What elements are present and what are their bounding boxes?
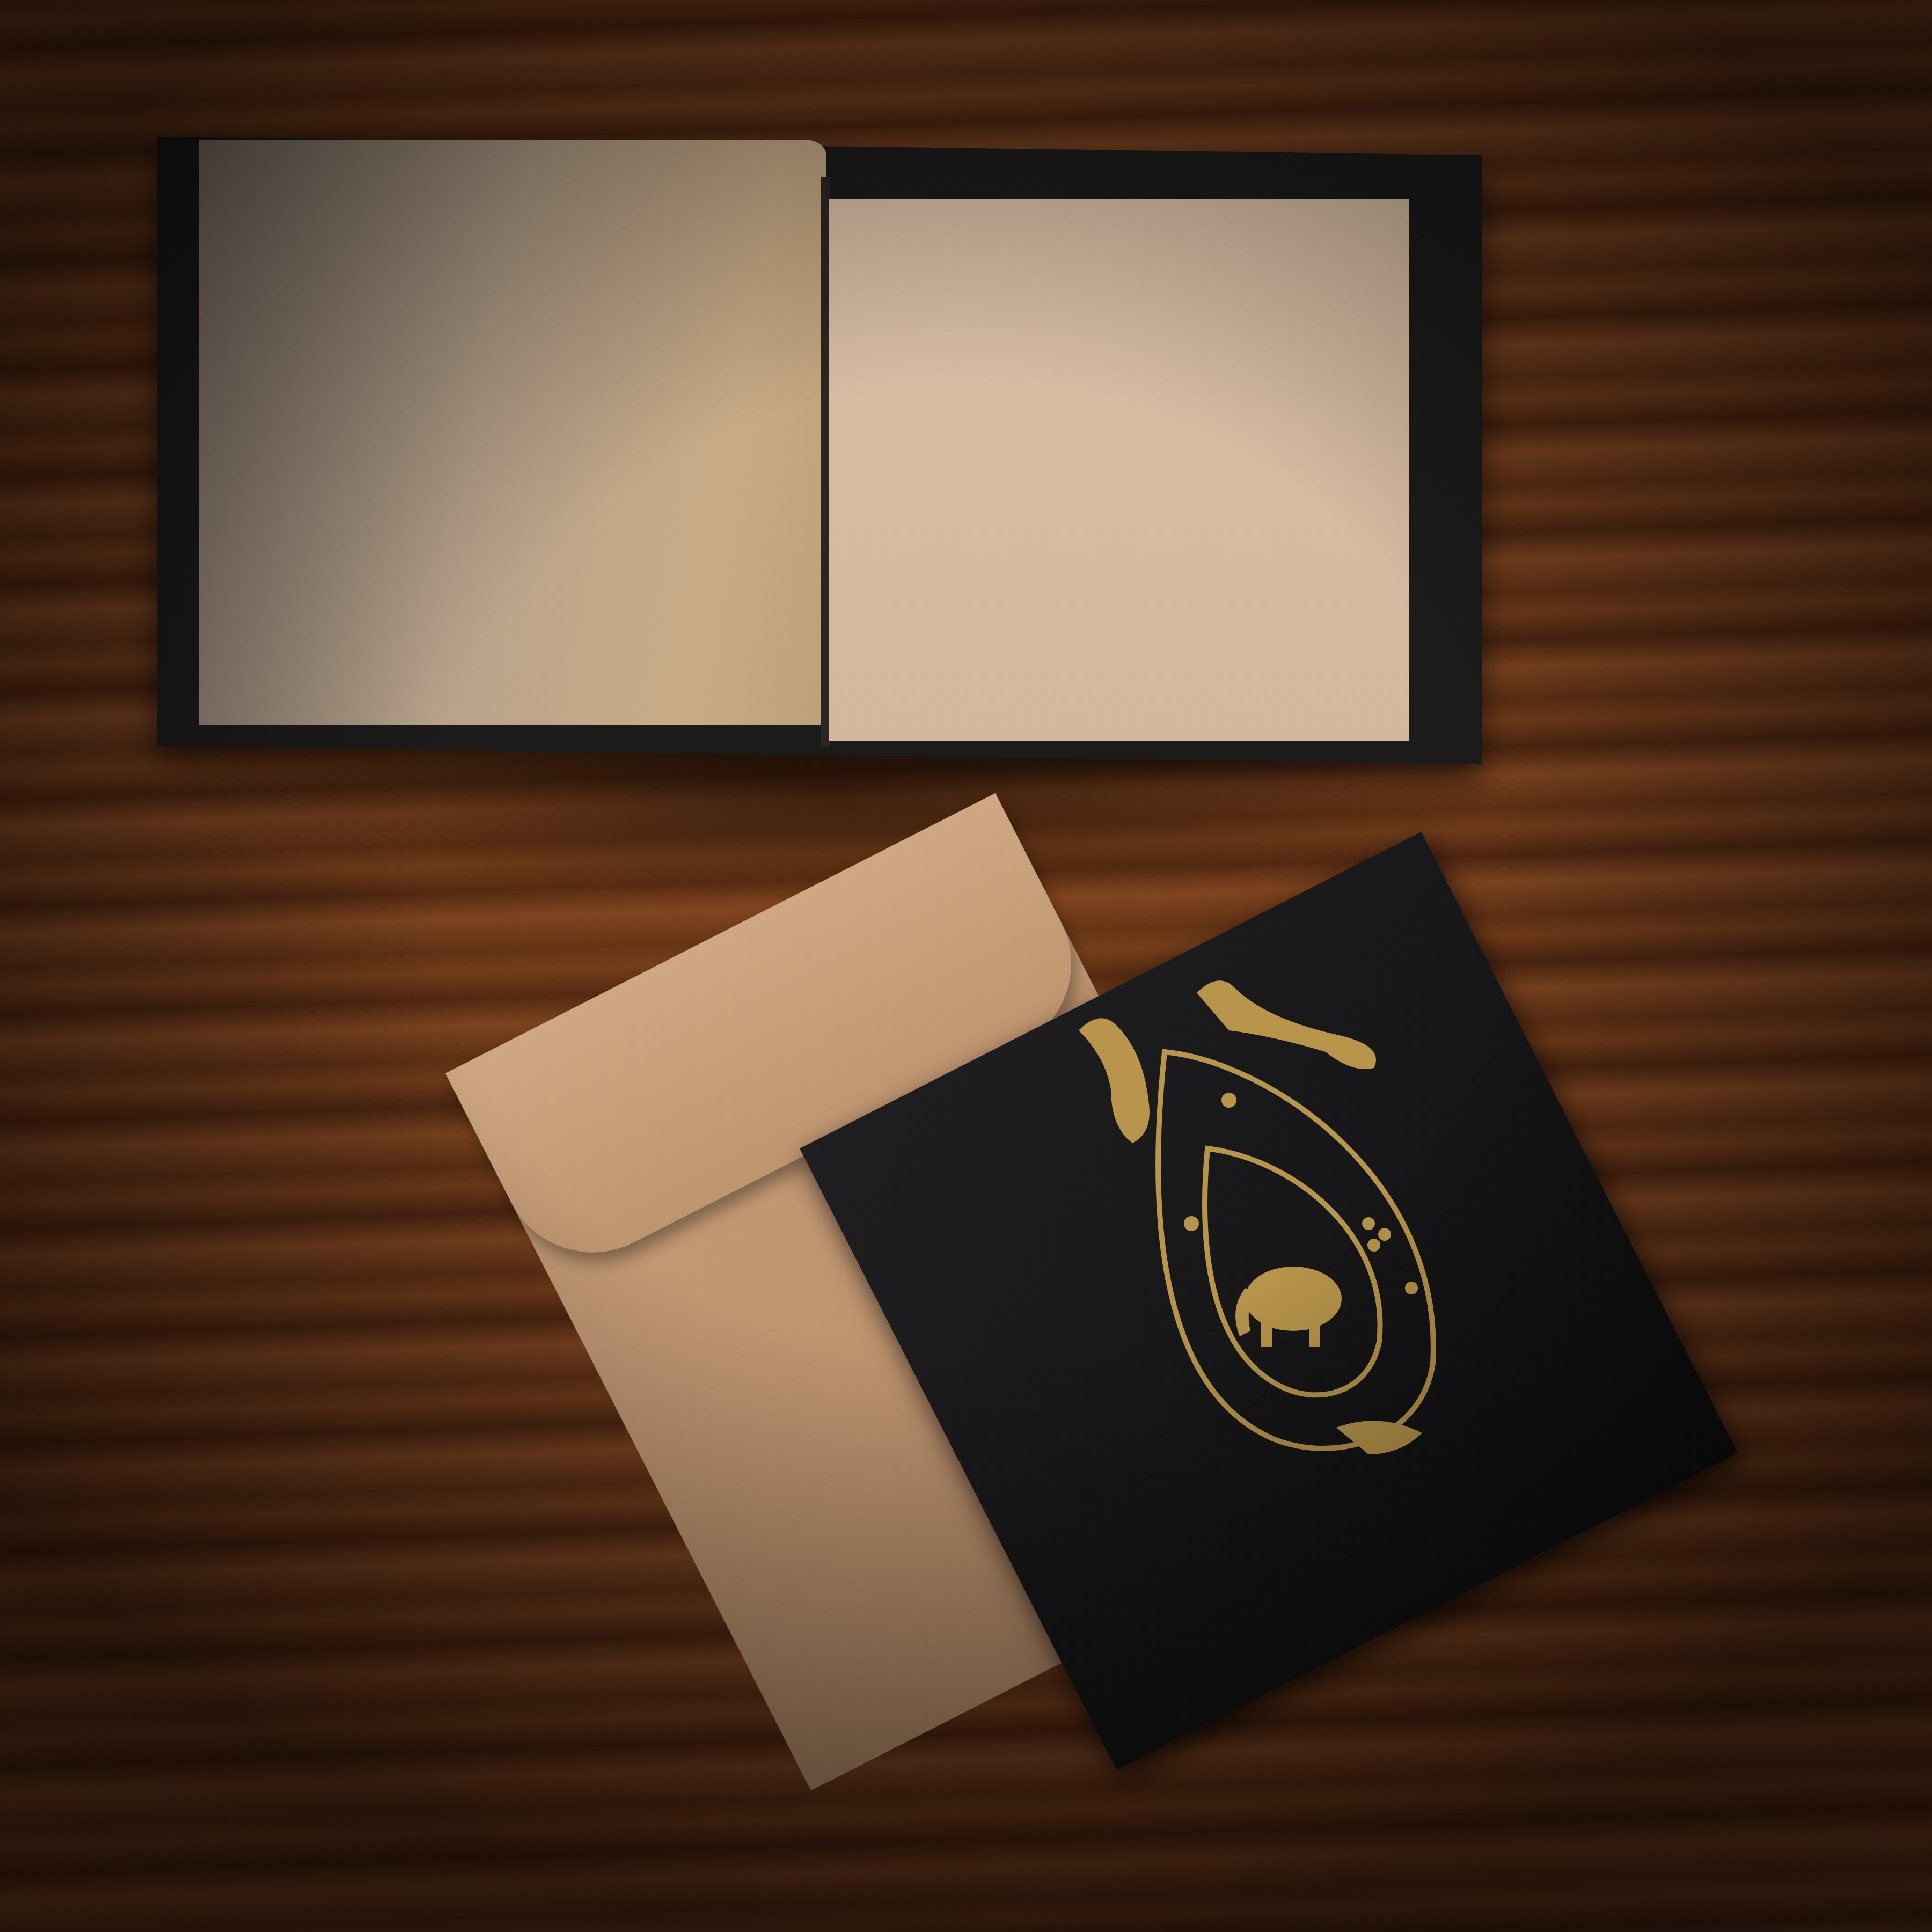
photo-scene — [0, 0, 1932, 1932]
open-card-right-page — [829, 199, 1409, 741]
gold-paisley-emblem-icon — [1068, 955, 1487, 1481]
open-card-left-page — [199, 140, 826, 724]
open-card-fold — [821, 177, 830, 746]
